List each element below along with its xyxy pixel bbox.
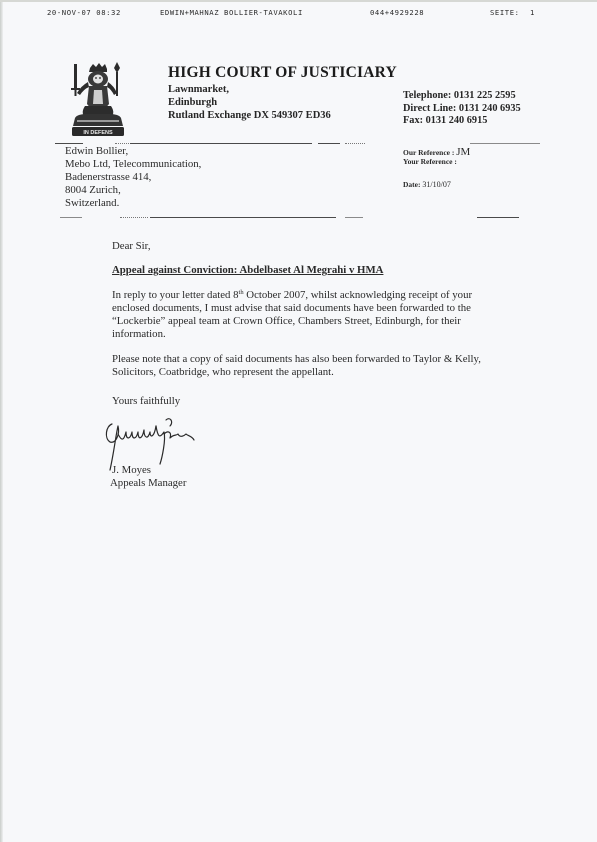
address-rule xyxy=(345,217,363,218)
text-fragment: In reply to your letter dated 8 xyxy=(112,289,239,301)
recipient-address: Edwin Bollier, Mebo Ltd, Telecommunicati… xyxy=(65,145,201,210)
page-edge-top xyxy=(0,0,597,2)
header-rule xyxy=(345,143,365,144)
fax-timestamp: 20-NOV-07 08:32 xyxy=(47,8,121,17)
letter-date: Date: 31/10/07 xyxy=(403,180,451,189)
telephone-line: Telephone: 0131 225 2595 xyxy=(403,90,521,103)
address-rule xyxy=(60,217,82,218)
fax-page-number: 1 xyxy=(530,8,535,17)
header-rule xyxy=(318,143,340,144)
address-rule xyxy=(150,217,336,218)
paragraph-line: “Lockerbie” appeal team at Crown Office,… xyxy=(112,315,537,328)
direct-line: Direct Line: 0131 240 6935 xyxy=(403,103,521,116)
logo-motto: IN DEFENS xyxy=(83,130,113,136)
our-reference-label: Our Reference : xyxy=(403,148,454,157)
header-rule xyxy=(130,143,312,144)
signer-name: J. Moyes xyxy=(112,464,151,476)
fax-sender: EDWIN+MAHNAZ BOLLIER-TAVAKOLI xyxy=(160,8,303,17)
paragraph-line: In reply to your letter dated 8th Octobe… xyxy=(112,289,537,302)
address-line: Lawnmarket, xyxy=(168,83,331,96)
address-rule xyxy=(477,217,519,218)
header-rule xyxy=(115,143,129,144)
address-line: Rutland Exchange DX 549307 ED36 xyxy=(168,109,331,122)
closing: Yours faithfully xyxy=(112,395,180,408)
address-line: Edinburgh xyxy=(168,96,331,109)
recipient-line: Mebo Ltd, Telecommunication, xyxy=(65,158,201,171)
our-reference-value: JM xyxy=(456,146,470,158)
paragraph-line: information. xyxy=(112,328,537,341)
date-value: 31/10/07 xyxy=(422,180,450,189)
header-rule xyxy=(55,143,83,144)
fax-number: 044+4929228 xyxy=(370,8,424,17)
header-rule xyxy=(470,143,540,144)
paragraph-copy-note: Please note that a copy of said document… xyxy=(112,353,537,379)
your-reference: Your Reference : xyxy=(403,157,457,166)
paragraph-line: enclosed documents, I must advise that s… xyxy=(112,302,537,315)
subject-line: Appeal against Conviction: Abdelbaset Al… xyxy=(112,264,383,277)
fax-line: Fax: 0131 240 6915 xyxy=(403,115,521,128)
fax-header: 20-NOV-07 08:32 EDWIN+MAHNAZ BOLLIER-TAV… xyxy=(0,8,597,22)
paragraph-line: Please note that a copy of said document… xyxy=(112,353,537,366)
court-address: Lawnmarket, Edinburgh Rutland Exchange D… xyxy=(168,83,331,122)
date-label: Date: xyxy=(403,180,421,189)
signer-title: Appeals Manager xyxy=(110,477,186,489)
recipient-line: 8004 Zurich, xyxy=(65,184,201,197)
scottish-lion-rampant-crest-icon: IN DEFENS xyxy=(67,60,127,138)
page-edge xyxy=(0,0,3,842)
paragraph-reply: In reply to your letter dated 8th Octobe… xyxy=(112,289,537,341)
court-name: HIGH COURT OF JUSTICIARY xyxy=(168,64,397,82)
recipient-line: Badenerstrasse 414, xyxy=(65,171,201,184)
recipient-line: Switzerland. xyxy=(65,197,201,210)
your-reference-label: Your Reference : xyxy=(403,157,457,166)
paragraph-line: Solicitors, Coatbridge, who represent th… xyxy=(112,366,537,379)
text-fragment: October 2007, whilst acknowledging recei… xyxy=(244,289,472,301)
fax-page-label: SEITE: xyxy=(490,8,520,17)
salutation: Dear Sir, xyxy=(112,240,151,253)
contact-block: Telephone: 0131 225 2595 Direct Line: 01… xyxy=(403,90,521,128)
address-rule xyxy=(120,217,148,218)
handwritten-signature-icon xyxy=(100,412,210,472)
recipient-line: Edwin Bollier, xyxy=(65,145,201,158)
